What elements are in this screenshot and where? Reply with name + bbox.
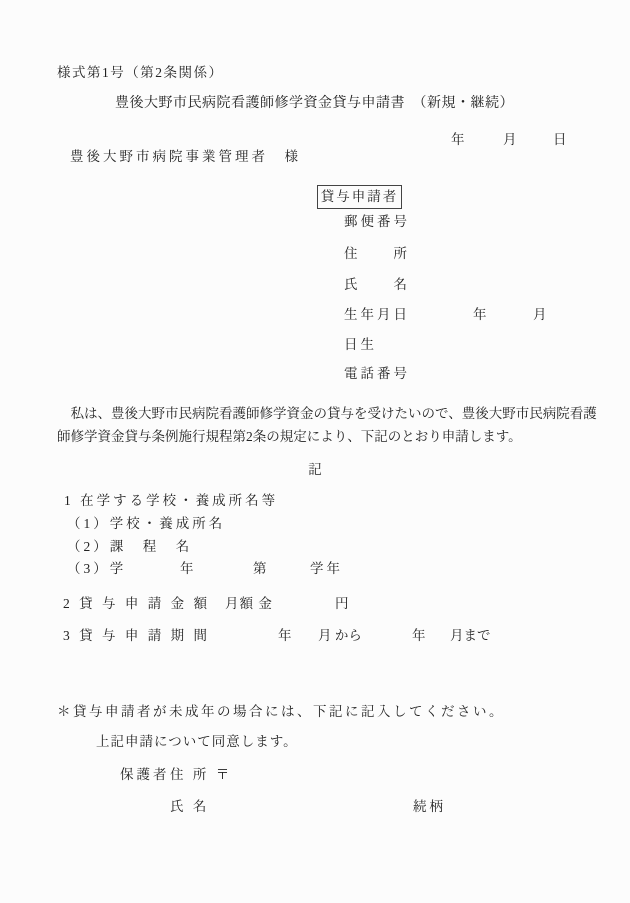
birth-month-label: 月 bbox=[533, 306, 547, 324]
item1-grade-gakunen-label: 学年 bbox=[310, 560, 343, 578]
guardian-relationship-label: 続柄 bbox=[413, 798, 446, 816]
item3-to-month-label: 月まで bbox=[450, 627, 491, 645]
birthdate-label: 生年月日 bbox=[344, 306, 410, 324]
item1-course-name-label: （2）課 程 名 bbox=[67, 538, 192, 556]
item3-from-month-label: 月 から bbox=[318, 627, 362, 645]
date-year-label: 年 bbox=[451, 131, 465, 149]
address-label: 住 所 bbox=[344, 245, 410, 263]
body-paragraph-line1: 私は、豊後大野市民病院看護師修学資金の貸与を受けたいので、豊後大野市民病院看護 bbox=[57, 405, 597, 423]
item1-grade-dai-label: 第 bbox=[253, 560, 267, 578]
applicant-box-label: 貸与申請者 bbox=[317, 185, 402, 209]
date-day-label: 日 bbox=[553, 131, 567, 149]
item1-grade-label: （3）学 bbox=[67, 560, 126, 578]
item1-school-name-label: （1）学校・養成所名 bbox=[67, 515, 225, 533]
item3-from-year-label: 年 bbox=[278, 627, 292, 645]
body-paragraph-line2: 師修学資金貸与条例施行規程第2条の規定により、下記のとおり申請します。 bbox=[57, 428, 522, 446]
page-title: 豊後大野市民病院看護師修学資金貸与申請書 （新規・継続） bbox=[115, 95, 514, 113]
application-form-page: 様式第1号（第2条関係） 豊後大野市民病院看護師修学資金貸与申請書 （新規・継続… bbox=[0, 0, 630, 903]
item3-to-year-label: 年 bbox=[412, 627, 426, 645]
item3-period-label: 3 貸 与 申 請 期 間 bbox=[63, 627, 210, 645]
guardian-consent-text: 上記申請について同意します。 bbox=[96, 733, 298, 751]
addressee: 豊後大野市病院事業管理者 様 bbox=[70, 148, 301, 166]
item1-school-section-title: 1 在学する学校・養成所名等 bbox=[64, 492, 278, 510]
postal-code-label: 郵便番号 bbox=[344, 213, 410, 231]
item2-amount-label: 2 貸 与 申 請 金 額 bbox=[63, 595, 210, 613]
phone-label: 電話番号 bbox=[344, 365, 410, 383]
guardian-label: 保護者 bbox=[120, 766, 170, 784]
date-month-label: 月 bbox=[503, 131, 517, 149]
item1-grade-year-label: 年 bbox=[180, 560, 194, 578]
birth-day-suffix: 日生 bbox=[344, 336, 377, 354]
item2-monthly-amount-label: 月額 金 bbox=[225, 595, 273, 613]
item2-yen-label: 円 bbox=[335, 595, 349, 613]
guardian-name-label: 氏 名 bbox=[170, 798, 209, 816]
minor-note: ＊貸与申請者が未成年の場合には、下記に記入してください。 bbox=[57, 703, 505, 721]
birth-year-label: 年 bbox=[473, 306, 487, 324]
form-number: 様式第1号（第2条関係） bbox=[57, 64, 224, 82]
list-heading-ki: 記 bbox=[0, 461, 630, 479]
guardian-address-label: 住 所 〒 bbox=[170, 766, 232, 784]
name-label: 氏 名 bbox=[344, 276, 410, 294]
